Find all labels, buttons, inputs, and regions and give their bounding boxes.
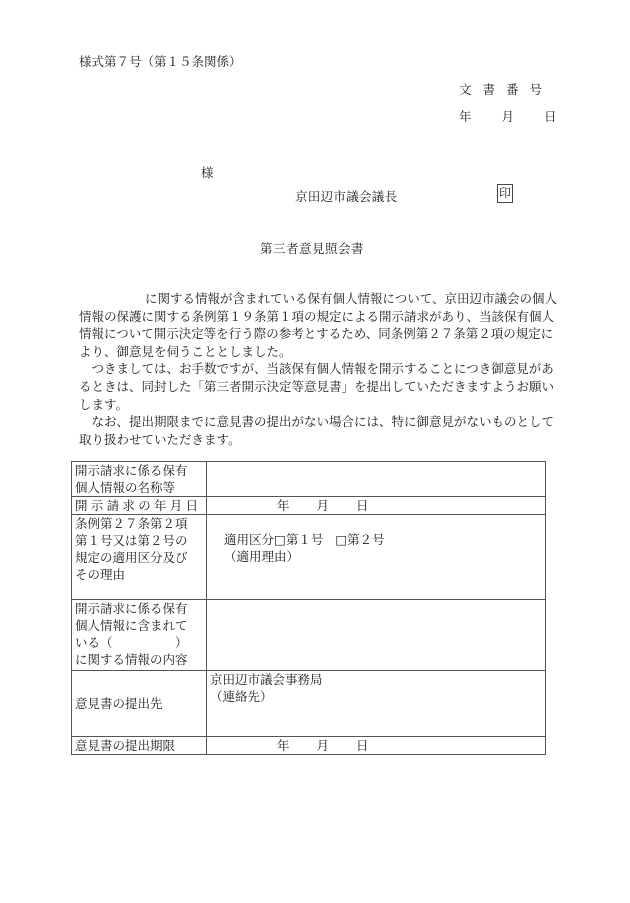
table-row: 開示請求の年月日 年月日 xyxy=(72,497,546,515)
paragraph-3: なお、提出期限までに意見書の提出がない場合には、特に御意見がないものとして取り扱… xyxy=(79,413,557,448)
submission-destination: 京田辺市議会事務局 （連絡先） xyxy=(207,671,546,737)
document-title: 第三者意見照会書 xyxy=(260,239,364,257)
table-row: 意見書の提出先 京田辺市議会事務局 （連絡先） xyxy=(72,671,546,737)
row-label: 開示請求に係る保有 個人情報に含まれて いる（ ） に関する情報の内容 xyxy=(72,600,207,671)
table-row: 意見書の提出期限 年月日 xyxy=(72,737,546,755)
table-row: 条例第２７条第２項 第１号又は第２号の 規定の適用区分及び その理由 適用区分□… xyxy=(72,515,546,600)
request-date-field[interactable]: 年月日 xyxy=(207,497,546,515)
paragraph-2: つきましては、お手数ですが、当該保有個人情報を開示することにつき御意見があるとき… xyxy=(79,360,557,413)
checkbox-option-1[interactable]: □第１号 xyxy=(274,532,323,547)
paragraph-1: に関する情報が含まれている保有個人情報について、京田辺市議会の個人情報の保護に関… xyxy=(79,290,557,360)
addressee-honorific: 様 xyxy=(201,163,214,181)
row-label: 意見書の提出期限 xyxy=(72,737,207,755)
personal-info-name-field[interactable] xyxy=(207,462,546,497)
table-row: 開示請求に係る保有 個人情報に含まれて いる（ ） に関する情報の内容 xyxy=(72,600,546,671)
row-label: 開示請求に係る保有 個人情報の名称等 xyxy=(72,462,207,497)
reason-label: （適用理由） xyxy=(224,548,542,565)
category-label: 適用区分 xyxy=(224,532,274,547)
info-content-field[interactable] xyxy=(207,600,546,671)
submission-deadline-field[interactable]: 年月日 xyxy=(207,737,546,755)
day-label: 日 xyxy=(544,107,557,125)
document-number-label: 文書番号 xyxy=(459,80,553,98)
seal-icon: 印 xyxy=(497,184,513,203)
row-label: 意見書の提出先 xyxy=(72,671,207,737)
row-label: 条例第２７条第２項 第１号又は第２号の 規定の適用区分及び その理由 xyxy=(72,515,207,600)
checkbox-option-2[interactable]: □第２号 xyxy=(335,532,384,547)
body-text: に関する情報が含まれている保有個人情報について、京田辺市議会の個人情報の保護に関… xyxy=(79,290,557,448)
row-label: 開示請求の年月日 xyxy=(72,497,207,515)
form-identifier: 様式第７号（第１５条関係） xyxy=(79,52,242,70)
applicable-category-field: 適用区分□第１号□第２号 （適用理由） xyxy=(207,515,546,600)
inquiry-form-table: 開示請求に係る保有 個人情報の名称等 開示請求の年月日 年月日 条例第２７条第２… xyxy=(71,461,546,755)
sender-name: 京田辺市議会議長 xyxy=(295,187,397,205)
month-label: 月 xyxy=(502,107,515,125)
year-label: 年 xyxy=(459,107,472,125)
issue-date: 年月日 xyxy=(459,107,557,125)
table-row: 開示請求に係る保有 個人情報の名称等 xyxy=(72,462,546,497)
